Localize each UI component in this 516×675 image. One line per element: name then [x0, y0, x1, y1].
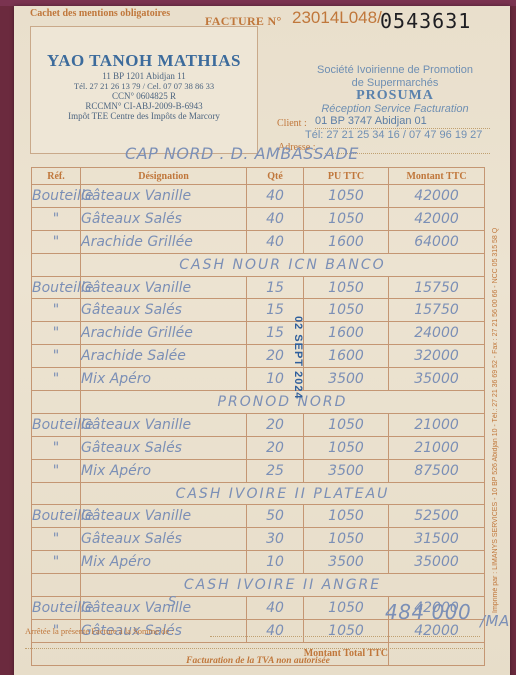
client-phone: Tél: 27 21 25 34 16 / 07 47 96 19 27 — [305, 129, 482, 141]
unit-price-cell: 1050 — [304, 597, 389, 620]
ref-cell: " — [32, 528, 81, 551]
address-handwritten: CAP NORD . D. AMBASSADE — [125, 144, 359, 163]
designation-cell: Gâteaux Vanille — [81, 597, 247, 620]
amount-in-words-line-2 — [25, 648, 485, 649]
seller-tax: Impôt TEE Centre des Impôts de Marcory — [31, 111, 257, 121]
amount-cell: 21000 — [389, 413, 485, 436]
unit-price-cell: 1600 — [304, 230, 389, 253]
amount-cell: 15750 — [389, 299, 485, 322]
ref-cell — [32, 253, 81, 276]
table-row: BouteilleGâteaux Vanille15105015750 — [32, 276, 485, 299]
qty-cell: 15 — [247, 276, 304, 299]
seller-stamp: YAO TANOH MATHIAS 11 BP 1201 Abidjan 11 … — [31, 27, 257, 121]
ref-cell: Bouteille — [32, 185, 81, 208]
section-row: PRONOD NORD — [32, 391, 485, 414]
table-row: "Mix Apéro10350035000 — [32, 551, 485, 574]
qty-cell: 40 — [247, 597, 304, 620]
qty-cell: 40 — [247, 207, 304, 230]
client-stamp-line1: Société Ivoirienne de Promotion — [280, 64, 510, 77]
mentions-label: Cachet des mentions obligatoires — [30, 8, 170, 19]
col-ref: Réf. — [32, 168, 81, 185]
qty-cell: 50 — [247, 505, 304, 528]
amount-cell: 64000 — [389, 230, 485, 253]
unit-price-cell: 1050 — [304, 528, 389, 551]
table-row: "Arachide Salée20160032000 — [32, 345, 485, 368]
date-stamp: 02 SEPT 2024 — [292, 316, 304, 400]
invoice-items-table: Réf. Désignation Qté PU TTC Montant TTC … — [31, 167, 485, 666]
table-row: "Gâteaux Salés15105015750 — [32, 299, 485, 322]
qty-cell: 40 — [247, 230, 304, 253]
qty-cell: 20 — [247, 413, 304, 436]
seller-rccm: RCCMN° CI-ABJ-2009-B-6943 — [31, 101, 257, 111]
amount-cell: 42000 — [389, 185, 485, 208]
ref-cell — [32, 482, 81, 505]
qty-cell: 25 — [247, 459, 304, 482]
amount-in-words-label: Arrêtée la présente Facture à la Somme d… — [25, 626, 174, 636]
client-value: 01 BP 3747 Abidjan 01 — [315, 115, 427, 127]
client-stamp: Société Ivoirienne de Promotion de Super… — [280, 64, 510, 115]
amount-cell: 52500 — [389, 505, 485, 528]
unit-price-cell: 1050 — [304, 619, 389, 642]
table-row: "Mix Apéro25350087500 — [32, 459, 485, 482]
ref-cell: " — [32, 322, 81, 345]
designation-cell: Gâteaux Vanille — [81, 413, 247, 436]
amount-cell: 42000 — [389, 207, 485, 230]
designation-cell: Gâteaux Vanille — [81, 276, 247, 299]
designation-cell: Mix Apéro — [81, 551, 247, 574]
tva-notice: Facturation de la TVA non autorisée — [0, 656, 516, 666]
qty-cell: 20 — [247, 436, 304, 459]
designation-cell: Gâteaux Vanille — [81, 185, 247, 208]
section-label: CASH IVOIRE II ANGRE — [81, 574, 485, 597]
ref-cell: " — [32, 368, 81, 391]
table-row: "Gâteaux Salés40105042000 — [32, 207, 485, 230]
designation-cell: Gâteaux Vanille — [81, 505, 247, 528]
unit-price-cell: 1600 — [304, 322, 389, 345]
table-row: BouteilleGâteaux Vanille20105021000 — [32, 413, 485, 436]
unit-price-cell: 1050 — [304, 185, 389, 208]
ref-cell: Bouteille — [32, 597, 81, 620]
amount-cell: 31500 — [389, 528, 485, 551]
section-label: CASH NOUR ICN BANCO — [81, 253, 485, 276]
unit-price-cell: 1050 — [304, 436, 389, 459]
designation-cell: Gâteaux Salés — [81, 207, 247, 230]
seller-stamp-box: YAO TANOH MATHIAS 11 BP 1201 Abidjan 11 … — [30, 26, 258, 154]
designation-cell: Mix Apéro — [81, 368, 247, 391]
unit-price-cell: 1600 — [304, 345, 389, 368]
designation-cell: Gâteaux Salés — [81, 436, 247, 459]
amount-cell: 87500 — [389, 459, 485, 482]
seller-address: 11 BP 1201 Abidjan 11 — [31, 71, 257, 81]
table-row: "Mix Apéro10350035000 — [32, 368, 485, 391]
unit-price-cell: 3500 — [304, 459, 389, 482]
unit-price-cell: 1050 — [304, 413, 389, 436]
designation-cell: Arachide Grillée — [81, 322, 247, 345]
section-row: CASH IVOIRE II ANGRE — [32, 574, 485, 597]
table-row: BouteilleGâteaux Vanille50105052500 — [32, 505, 485, 528]
amount-cell: 35000 — [389, 551, 485, 574]
client-stamp-service: Réception Service Facturation — [280, 103, 510, 115]
col-amount: Montant TTC — [389, 168, 485, 185]
table-row: "Gâteaux Salés20105021000 — [32, 436, 485, 459]
table-row: "Arachide Grillée15160024000 — [32, 322, 485, 345]
amount-cell: 32000 — [389, 345, 485, 368]
printer-note: Imprimé par : LIMANYS SERVICES - 10 BP 5… — [492, 200, 499, 640]
ref-cell: " — [32, 551, 81, 574]
ref-cell: " — [32, 345, 81, 368]
seller-name: YAO TANOH MATHIAS — [31, 51, 257, 71]
designation-cell: Arachide Grillée — [81, 230, 247, 253]
section-row: CASH NOUR ICN BANCO — [32, 253, 485, 276]
seller-phone: Tél. 27 21 26 13 79 / Cel. 07 07 38 86 3… — [31, 81, 257, 91]
qty-cell: 10 — [247, 551, 304, 574]
ref-cell — [32, 391, 81, 414]
seller-ccn: CCN° 0604825 R — [31, 91, 257, 101]
client-label: Client : — [277, 118, 307, 129]
ref-cell: " — [32, 299, 81, 322]
unit-price-cell: 1050 — [304, 505, 389, 528]
section-label: CASH IVOIRE II PLATEAU — [81, 482, 485, 505]
invoice-serial-number: 0543631 — [380, 9, 471, 33]
unit-price-cell: 1050 — [304, 299, 389, 322]
designation-cell: Arachide Salée — [81, 345, 247, 368]
amount-cell: 15750 — [389, 276, 485, 299]
table-header-row: Réf. Désignation Qté PU TTC Montant TTC — [32, 168, 485, 185]
designation-cell: Gâteaux Salés — [81, 299, 247, 322]
col-qty: Qté — [247, 168, 304, 185]
table-row: "Arachide Grillée40160064000 — [32, 230, 485, 253]
total-amount-handwritten: 484 000 — [385, 600, 471, 624]
unit-price-cell: 1050 — [304, 207, 389, 230]
section-label: PRONOD NORD — [81, 391, 485, 414]
qty-cell: 40 — [247, 185, 304, 208]
ref-cell: " — [32, 436, 81, 459]
invoice-number-handwritten: 23014L048/ — [292, 8, 382, 28]
amount-cell: 24000 — [389, 322, 485, 345]
table-row: "Gâteaux Salés30105031500 — [32, 528, 485, 551]
table-row: BouteilleGâteaux Vanille40105042000 — [32, 185, 485, 208]
ref-cell: Bouteille — [32, 505, 81, 528]
client-stamp-name: PROSUMA — [280, 89, 510, 103]
section-row: CASH IVOIRE II PLATEAU — [32, 482, 485, 505]
ref-cell — [32, 574, 81, 597]
designation-cell: Mix Apéro — [81, 459, 247, 482]
unit-price-cell: 3500 — [304, 368, 389, 391]
col-unit-price: PU TTC — [304, 168, 389, 185]
ref-cell: " — [32, 207, 81, 230]
unit-price-cell: 1050 — [304, 276, 389, 299]
ref-cell: Bouteille — [32, 413, 81, 436]
designation-cell: Gâteaux Salés — [81, 528, 247, 551]
amount-cell: 21000 — [389, 436, 485, 459]
ref-cell: " — [32, 230, 81, 253]
qty-cell: 40 — [247, 619, 304, 642]
unit-price-cell: 3500 — [304, 551, 389, 574]
qty-cell: 30 — [247, 528, 304, 551]
ref-cell: Bouteille — [32, 276, 81, 299]
ref-cell: " — [32, 459, 81, 482]
amount-in-words-line — [210, 636, 480, 637]
amount-cell: 35000 — [389, 368, 485, 391]
total-mark: S — [168, 595, 177, 610]
col-designation: Désignation — [81, 168, 247, 185]
